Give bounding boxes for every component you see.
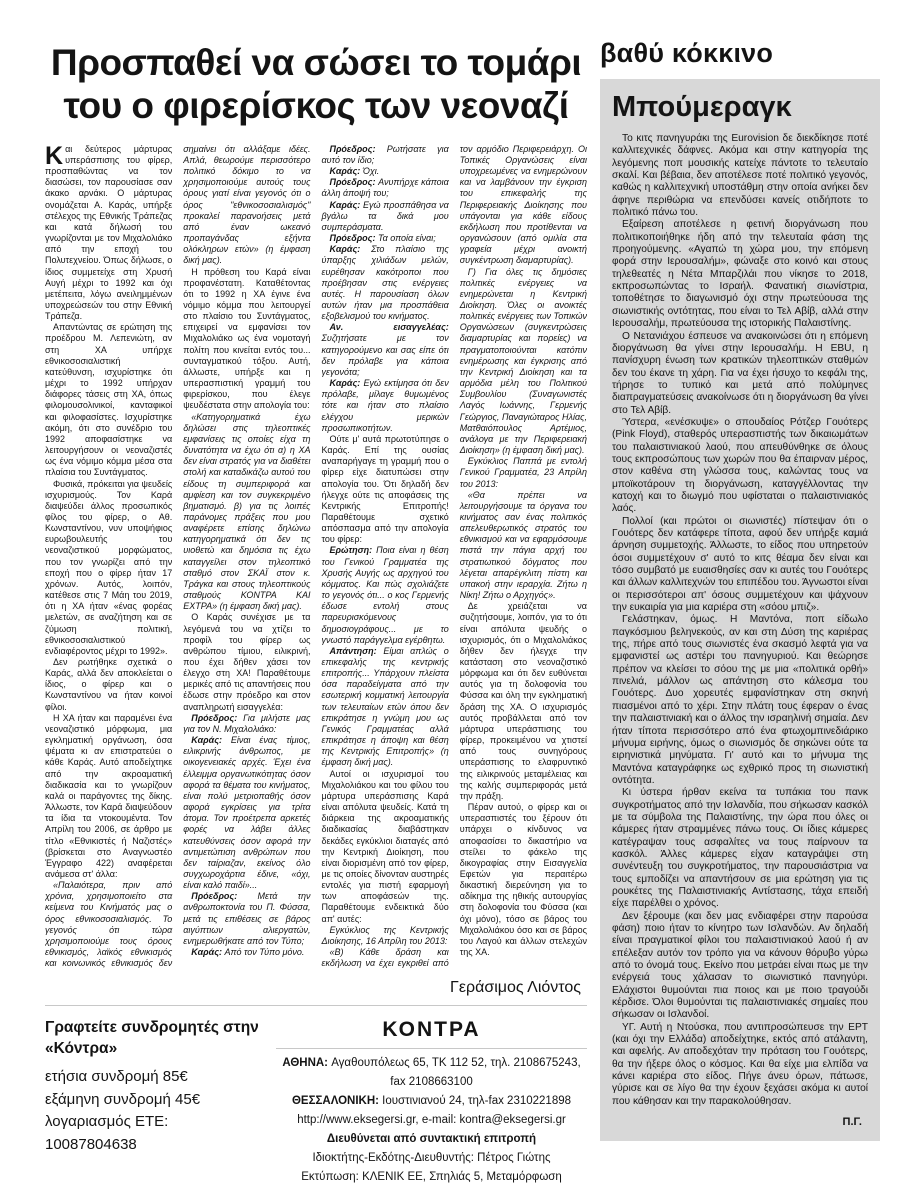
paragraph: 10087804638 (45, 1134, 260, 1157)
paragraph: Ύστερα, «ενέσκυψε» ο σπουδαίος Ρότζερ Γο… (612, 417, 868, 516)
paragraph: Δεν ρωτήθηκε σχετικά ο Καράς, αλλά δεν α… (45, 657, 172, 713)
main-headline: Προσπαθεί να σώσει το τομάρι του ο φιρερ… (45, 42, 587, 128)
sidebar-article-title: Μπούμεραγκ (612, 91, 868, 124)
newspaper-page: Προσπαθεί να σώσει το τομάρι του ο φιρερ… (0, 0, 900, 1195)
paragraph: http://www.eksegersi.gr, e-mail: kontra@… (276, 1111, 587, 1130)
paragraph: Καράς: Εγώ προσπάθησα να βγάλω τα δικά μ… (322, 200, 449, 233)
paragraph: Καράς: Είναι ένας τίμιος, ειλικρινής άνθ… (183, 735, 310, 891)
subscription-title: Γραφτείτε συνδρομητές στην «Κόντρα» (45, 1018, 260, 1060)
page-footer: Γραφτείτε συνδρομητές στην «Κόντρα» ετήσ… (45, 1005, 587, 1187)
paragraph: Και δεύτερος μάρτυρας υπεράσπισης του φί… (45, 144, 172, 323)
paragraph: Η πρόθεση του Καρά είναι προφανέστατη. Κ… (183, 267, 310, 412)
paragraph: Δε χρειάζεται να συζητήσουμε, λοιπόν, γι… (460, 601, 587, 802)
paragraph: Αυτοί οι ισχυρισμοί του Μιχαλολιάκου και… (322, 769, 449, 925)
paragraph: Καράς: Από τον Τύπο μόνο. (183, 947, 310, 958)
paragraph: Απαντώντας σε ερώτηση της προέδρου Μ. Λε… (45, 322, 172, 478)
paragraph: Ο Νετανιάχου έσπευσε να ανακοινώσει ότι … (612, 331, 868, 417)
paragraph: Πρόεδρος: Τα οποία είναι; (322, 233, 449, 244)
paragraph: Εγκύκλιος της Κεντρικής Διοίκησης, 16 Απ… (322, 925, 449, 947)
paragraph: Εξαίρεση αποτέλεσε η φετινή διοργάνωση π… (612, 219, 868, 330)
paragraph: «Θα πρέπει να λειτουργήσουμε τα όργανα τ… (460, 490, 587, 602)
paragraph: Ιδιοκτήτης-Εκδότης-Διευθυντής: Πέτρος Γι… (276, 1149, 587, 1168)
paragraph: ΑΘΗΝΑ: Αγαθουπόλεως 65, ΤΚ 112 52, τηλ. … (276, 1054, 587, 1092)
subscription-box: Γραφτείτε συνδρομητές στην «Κόντρα» ετήσ… (45, 1018, 260, 1187)
paragraph: Γελάστηκαν, όμως. Η Μαντόνα, ποπ είδωλο … (612, 614, 868, 787)
paragraph: «Κατηγορηματικά έχω δηλώσει στις τηλεοπτ… (183, 412, 310, 613)
paragraph: εξάμηνη συνδρομή 45€ (45, 1089, 260, 1112)
sidebar-article-signature: Π.Γ. (612, 1108, 868, 1128)
main-article-body: Και δεύτερος μάρτυρας υπεράσπισης του φί… (45, 144, 587, 976)
paragraph: Κι ύστερα ήρθαν εκείνα τα τυπάκια του πα… (612, 787, 868, 910)
paragraph: ΥΓ. Αυτή η Ντούσκα, που αντιπροσώπευσε τ… (612, 1022, 868, 1108)
paragraph: Απάντηση: Είμαι απλώς ο επικεφαλής της κ… (322, 646, 449, 769)
sidebar-section-title: βαθύ κόκκινο (600, 38, 880, 69)
paragraph: ετήσια συνδρομή 85€ (45, 1066, 260, 1089)
masthead-title: ΚΟΝΤΡΑ (276, 1018, 587, 1042)
main-article-signature: Γεράσιμος Λιόντος (45, 979, 587, 997)
paragraph: Η ΧΑ ήταν και παραμένει ένα νεοναζιστικό… (45, 713, 172, 880)
paragraph: Πέραν αυτού, ο φίρερ και οι υπερασπιστές… (460, 802, 587, 958)
paragraph: ΘΕΣΣΑΛΟΝΙΚΗ: Ιουστινιανού 24, τηλ-fax 23… (276, 1092, 587, 1111)
paragraph: Πρόεδρος: Μετά την ανθρωποκτονία του Π. … (183, 891, 310, 947)
paragraph: Ο Καράς συνέχισε με τα λεγόμενά του να χ… (183, 612, 310, 712)
paragraph: Πρόεδρος: Ρωτήσατε για αυτό τον ίδιο; (322, 144, 449, 166)
masthead-lines: ΑΘΗΝΑ: Αγαθουπόλεως 65, ΤΚ 112 52, τηλ. … (276, 1048, 587, 1187)
sidebar-article-body: Το κιτς πανηγυράκι της Eurovision δε διε… (612, 133, 868, 1108)
subscription-lines: ετήσια συνδρομή 85€εξάμηνη συνδρομή 45€λ… (45, 1066, 260, 1156)
sidebar-article-box: Μπούμεραγκ Το κιτς πανηγυράκι της Eurovi… (600, 79, 880, 1141)
sidebar-column: βαθύ κόκκινο Μπούμεραγκ Το κιτς πανηγυρά… (600, 36, 880, 1187)
paragraph: Γ) Για όλες τις δημόσιες πολιτικές ενέργ… (460, 267, 587, 457)
paragraph: Πρόεδρος: Ανυπήρχε κάποια άλλη άποψή του… (322, 177, 449, 199)
paragraph: Καράς: Εγώ εκτίμησα ότι δεν πρόλαβε, μίλ… (322, 378, 449, 434)
paragraph: Εγκύκλιος Παππά με εντολή Γενικού Γραμμα… (460, 456, 587, 489)
paragraph: Πολλοί (και πρώτοι οι σιωνιστές) πίστεψα… (612, 516, 868, 615)
paragraph: Ερώτηση: Ποια είναι η θέση του Γενικού Γ… (322, 545, 449, 645)
paragraph: Το κιτς πανηγυράκι της Eurovision δε διε… (612, 133, 868, 219)
paragraph: Δεν ξέρουμε (και δεν μας ενδιαφέρει στην… (612, 911, 868, 1022)
paragraph: Πρόεδρος: Για μιλήστε μας για τον Ν. Μιχ… (183, 713, 310, 735)
paragraph: λογαριασμός ΕΤΕ: (45, 1111, 260, 1134)
paragraph: Διευθύνεται από συντακτική επιτροπή (276, 1130, 587, 1149)
paragraph: Αν. εισαγγελέας: Συζητήσατε με τον κατηγ… (322, 322, 449, 378)
paragraph: Καράς: Όχι. (322, 166, 449, 177)
paragraph: Εκτύπωση: ΚΛΕΝΙΚ ΕΕ, Σπηλιάς 5, Μεταμόρφ… (276, 1168, 587, 1187)
masthead: ΚΟΝΤΡΑ ΑΘΗΝΑ: Αγαθουπόλεως 65, ΤΚ 112 52… (276, 1018, 587, 1187)
paragraph: Φυσικά, πρόκειται για ψευδείς ισχυρισμού… (45, 479, 172, 658)
paragraph: Ούτε μ' αυτά πρωτοτύπησε ο Καράς. Επί τη… (322, 434, 449, 546)
main-section: Προσπαθεί να σώσει το τομάρι του ο φιρερ… (45, 36, 587, 1187)
paragraph: Καράς: Στο πλαίσιο της ύπαρξης χιλιάδων … (322, 244, 449, 322)
